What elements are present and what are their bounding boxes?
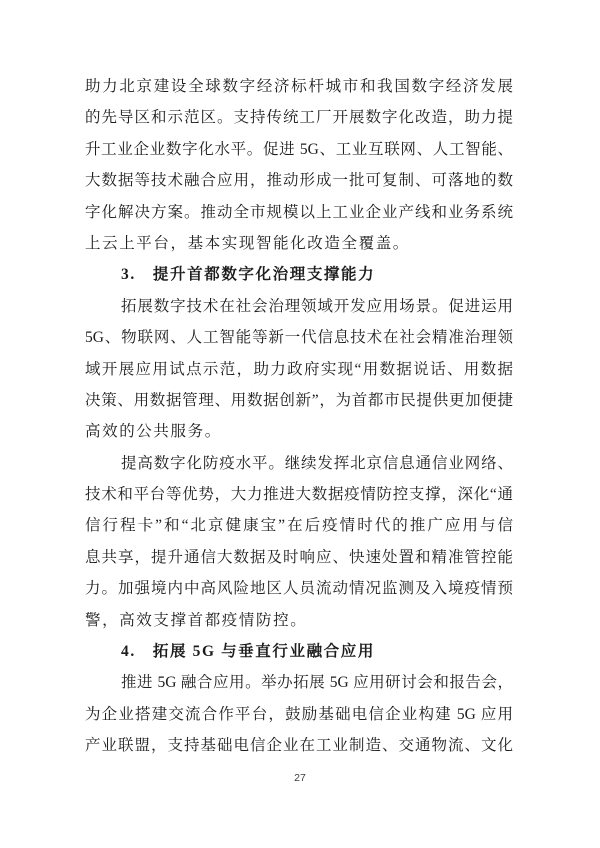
text-line: 升工业企业数字化水平。促进 5G、工业互联网、人工智能、 <box>85 134 513 165</box>
text-line: 的先导区和示范区。支持传统工厂开展数字化改造，助力提 <box>85 102 513 133</box>
page-number: 27 <box>0 772 600 784</box>
text-line: 决策、用数据管理、用数据创新”，为首都市民提供更加便捷 <box>85 385 513 416</box>
document-page: 助力北京建设全球数字经济标杆城市和我国数字经济发展的先导区和示范区。支持传统工厂… <box>0 0 600 848</box>
text-line: 高效的公共服务。 <box>85 416 513 447</box>
text-line: 产业联盟，支持基础电信企业在工业制造、交通物流、文化 <box>85 730 513 761</box>
text-line: 提高数字化防疫水平。继续发挥北京信息通信业网络、 <box>85 448 513 479</box>
text-line: 息共享，提升通信大数据及时响应、快速处置和精准管控能 <box>85 542 513 573</box>
document-body: 助力北京建设全球数字经济标杆城市和我国数字经济发展的先导区和示范区。支持传统工厂… <box>85 71 513 762</box>
text-line: 助力北京建设全球数字经济标杆城市和我国数字经济发展 <box>85 71 513 102</box>
section-heading: 4. 拓展 5G 与垂直行业融合应用 <box>85 636 513 667</box>
text-line: 警，高效支撑首都疫情防控。 <box>85 605 513 636</box>
text-line: 技术和平台等优势，大力推进大数据疫情防控支撑，深化“通 <box>85 479 513 510</box>
text-line: 推进 5G 融合应用。举办拓展 5G 应用研讨会和报告会， <box>85 667 513 698</box>
text-line: 力。加强境内中高风险地区人员流动情况监测及入境疫情预 <box>85 573 513 604</box>
text-line: 信行程卡”和“北京健康宝”在后疫情时代的推广应用与信 <box>85 510 513 541</box>
section-heading: 3. 提升首都数字化治理支撑能力 <box>85 259 513 290</box>
text-line: 域开展应用试点示范，助力政府实现“用数据说话、用数据 <box>85 354 513 385</box>
text-line: 上云上平台，基本实现智能化改造全覆盖。 <box>85 228 513 259</box>
text-line: 为企业搭建交流合作平台，鼓励基础电信企业构建 5G 应用 <box>85 699 513 730</box>
text-line: 拓展数字技术在社会治理领域开发应用场景。促进运用 <box>85 291 513 322</box>
text-line: 大数据等技术融合应用，推动形成一批可复制、可落地的数 <box>85 165 513 196</box>
text-line: 5G、物联网、人工智能等新一代信息技术在社会精准治理领 <box>85 322 513 353</box>
text-line: 字化解决方案。推动全市规模以上工业企业产线和业务系统 <box>85 197 513 228</box>
